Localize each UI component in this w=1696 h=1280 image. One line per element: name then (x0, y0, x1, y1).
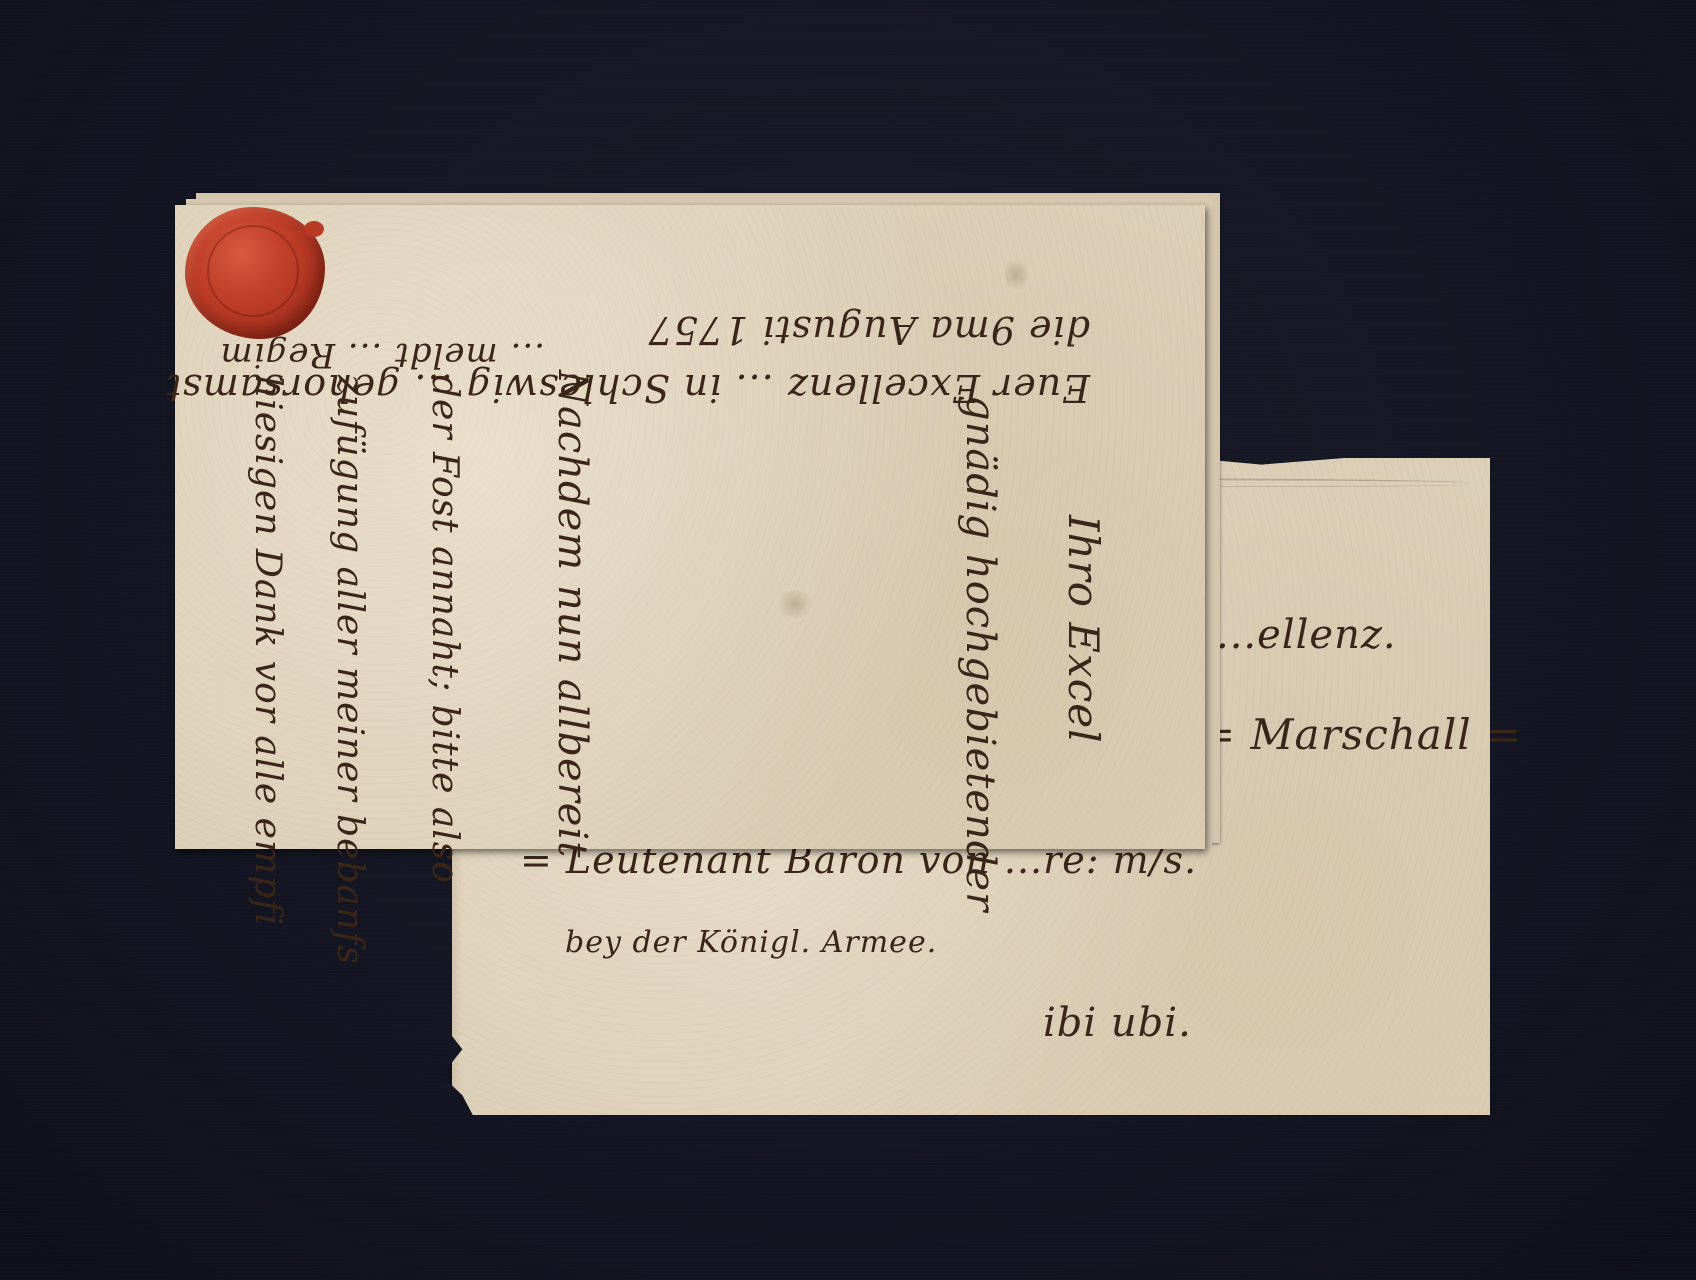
paper-stain (1005, 255, 1027, 295)
letter-line-nachdem: Nachdem nun allbereit (549, 370, 595, 858)
letter-line-zufuegung: zufügung aller meiner bebanfs (329, 375, 370, 965)
paper-stain (775, 590, 815, 618)
letter-line-gnaedig: gnädig hochgebietender (957, 395, 1003, 912)
letter-line-ihro-excel: Ihro Excel (1059, 515, 1108, 744)
letter-line-upside-3: ... meldt ... Regim (219, 335, 545, 375)
address-line-marschall: = Marschall = (1200, 710, 1522, 759)
wax-seal-drip (304, 221, 324, 237)
address-line-armee: bey der Königl. Armee. (565, 925, 937, 960)
letter-line-dank: hiesigen Dank vor alle empfi (247, 375, 288, 926)
address-line-ibi-ubi: ibi ubi. (1043, 1000, 1192, 1046)
letter-line-fost: der Fost annaht; bitte also (424, 375, 465, 884)
letter-line-date: die 9ma Augusti 1757 (648, 308, 1090, 352)
address-line-excellenz: ...ellenz. (1216, 612, 1397, 658)
